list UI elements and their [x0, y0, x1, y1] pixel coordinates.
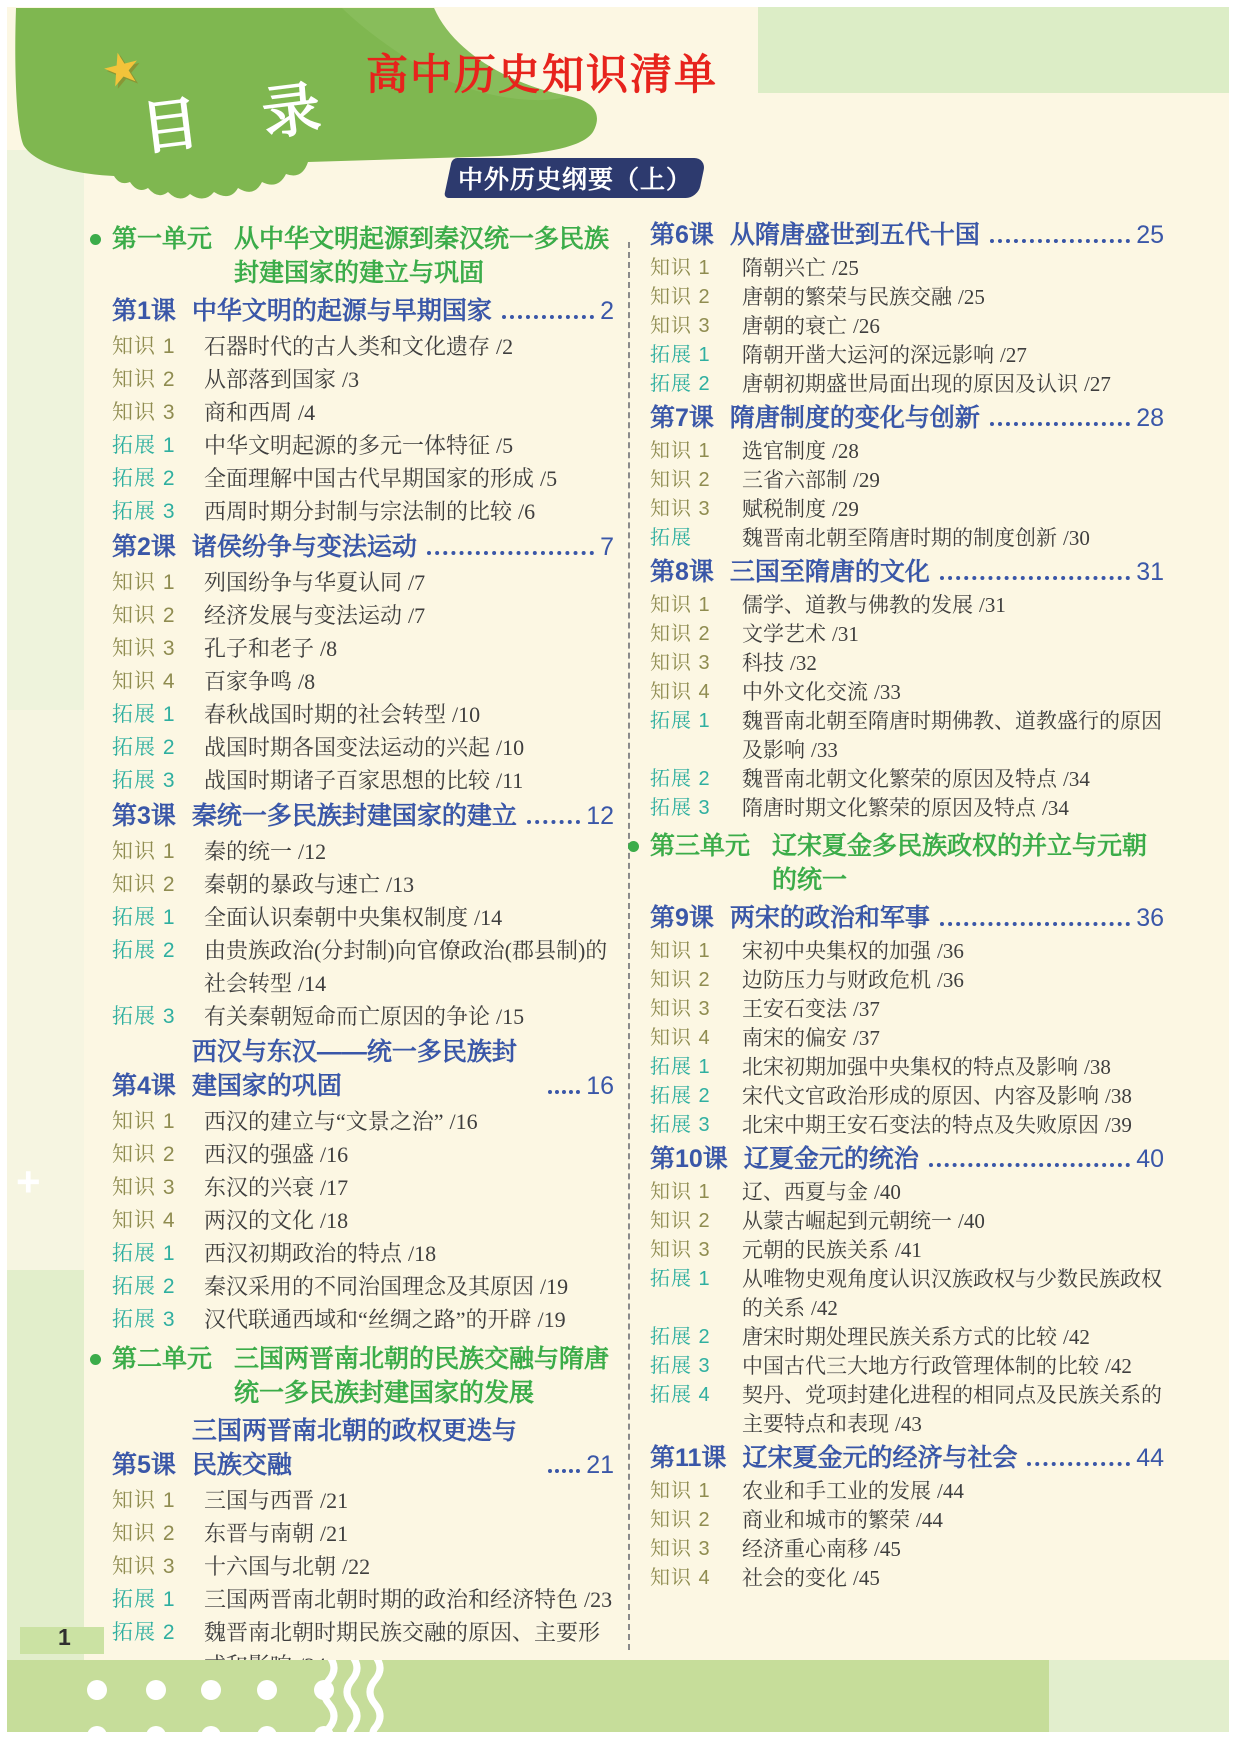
- entry-title: 秦朝的暴政与速亡/13: [204, 868, 614, 901]
- entry-page: /15: [496, 1004, 524, 1029]
- entry-label: 第3课: [112, 799, 176, 833]
- entry-title: 赋税制度/29: [742, 495, 1164, 524]
- toc-item: 知识 4社会的变化/45: [650, 1564, 1164, 1593]
- entry-page: 7: [600, 530, 614, 564]
- entry-title: 中华文明的起源与早期国家: [192, 294, 492, 328]
- toc-item: 拓展 2唐朝初期盛世局面出现的原因及认识/27: [650, 370, 1164, 399]
- toc-item: 知识 1隋朝兴亡/25: [650, 254, 1164, 283]
- entry-label: 第5课: [112, 1448, 176, 1482]
- entry-label: 知识 2: [112, 868, 204, 901]
- entry-title: 唐宋时期处理民族关系方式的比较/42: [742, 1323, 1164, 1352]
- unit-bullet-icon: [90, 1354, 101, 1365]
- entry-label: 知识 1: [112, 330, 204, 363]
- course-entry: 第2课诸侯纷争与变法运动7: [112, 530, 614, 564]
- entry-label: 拓展 1: [650, 1265, 742, 1294]
- entry-title: 三国与西晋/21: [204, 1484, 614, 1517]
- entry-label: 拓展 3: [650, 1111, 742, 1140]
- toc-item: 拓展 3北宋中期王安石变法的特点及失败原因/39: [650, 1111, 1164, 1140]
- entry-label: 知识 1: [650, 1178, 742, 1207]
- entry-label: 知识 2: [650, 283, 742, 312]
- toc-item: 知识 2秦朝的暴政与速亡/13: [112, 868, 614, 901]
- toc-item: 知识 1儒学、道教与佛教的发展/31: [650, 591, 1164, 620]
- toc-item: 拓展 1春秋战国时期的社会转型/10: [112, 698, 614, 731]
- footer-band-light: [1049, 1660, 1229, 1732]
- entry-label: 知识 4: [650, 1564, 742, 1593]
- entry-page: /45: [874, 1537, 901, 1561]
- toc-item: 知识 3经济重心南移/45: [650, 1535, 1164, 1564]
- entry-page: /36: [937, 968, 964, 992]
- toc-item: 拓展魏晋南北朝至隋唐时期的制度创新/30: [650, 524, 1164, 553]
- entry-label: 第三单元: [650, 829, 750, 863]
- entry-page: /16: [320, 1142, 348, 1167]
- toc-item: 知识 1三国与西晋/21: [112, 1484, 614, 1517]
- entry-page: /42: [1063, 1325, 1090, 1349]
- entry-label: 第4课: [112, 1069, 176, 1103]
- entry-label: 知识 3: [112, 396, 204, 429]
- toc-item: 知识 1秦的统一/12: [112, 835, 614, 868]
- entry-title: 秦统一多民族封建国家的建立: [192, 799, 517, 833]
- entry-title: 汉代联通西域和“丝绸之路”的开辟/19: [204, 1303, 614, 1336]
- entry-label: 第1课: [112, 294, 176, 328]
- entry-title: 隋朝兴亡/25: [742, 254, 1164, 283]
- entry-label: 拓展 2: [650, 1323, 742, 1352]
- entry-label: 拓展 1: [650, 341, 742, 370]
- toc-item: 知识 3王安石变法/37: [650, 995, 1164, 1024]
- toc-item: 拓展 2唐宋时期处理民族关系方式的比较/42: [650, 1323, 1164, 1352]
- toc-column-left: 第一单元从中华文明起源到秦汉统一多民族封建国家的建立与巩固第1课中华文明的起源与…: [112, 216, 614, 1682]
- course-entry: 第1课中华文明的起源与早期国家2: [112, 294, 614, 328]
- entry-page: /21: [320, 1488, 348, 1513]
- entry-page: /12: [298, 839, 326, 864]
- entry-page: 21: [586, 1448, 614, 1482]
- entry-page: /5: [496, 433, 513, 458]
- entry-page: /29: [853, 468, 880, 492]
- entry-title: 石器时代的古人类和文化遗存/2: [204, 330, 614, 363]
- entry-label: 知识 1: [650, 437, 742, 466]
- unit-entry: 第二单元三国两晋南北朝的民族交融与隋唐统一多民族封建国家的发展: [112, 1342, 614, 1410]
- toc-item: 知识 3唐朝的衰亡/26: [650, 312, 1164, 341]
- entry-label: 知识 1: [650, 937, 742, 966]
- toc-item: 知识 2边防压力与财政危机/36: [650, 966, 1164, 995]
- entry-label: 拓展 1: [112, 429, 204, 462]
- entry-label: 知识 2: [650, 1207, 742, 1236]
- course-entry: 第6课从隋唐盛世到五代十国25: [650, 218, 1164, 252]
- toc-item: 知识 1列国纷争与华夏认同/7: [112, 566, 614, 599]
- entry-page: /31: [979, 593, 1006, 617]
- entry-page: /40: [958, 1209, 985, 1233]
- plus-icon: +: [16, 1158, 41, 1206]
- entry-label: 拓展 2: [112, 731, 204, 764]
- entry-title: 中外文化交流/33: [742, 678, 1164, 707]
- entry-label: 知识 2: [112, 599, 204, 632]
- entry-page: /18: [320, 1208, 348, 1233]
- entry-page: /7: [408, 570, 425, 595]
- entry-title: 选官制度/28: [742, 437, 1164, 466]
- footer-decor: [7, 1660, 1229, 1732]
- toc-item: 拓展 2战国时期各国变法运动的兴起/10: [112, 731, 614, 764]
- entry-label: 知识 2: [112, 363, 204, 396]
- entry-title: 诸侯纷争与变法运动: [192, 530, 417, 564]
- entry-label: 知识 2: [650, 466, 742, 495]
- toc-item: 拓展 1魏晋南北朝至隋唐时期佛教、道教盛行的原因及影响/33: [650, 707, 1164, 765]
- entry-title: 隋唐制度的变化与创新: [730, 401, 980, 435]
- entry-page: /36: [937, 939, 964, 963]
- entry-title: 文学艺术/31: [742, 620, 1164, 649]
- entry-label: 知识 3: [650, 649, 742, 678]
- entry-label: 知识 1: [650, 591, 742, 620]
- entry-page: /27: [1000, 343, 1027, 367]
- left-margin-strip: [7, 150, 84, 710]
- entry-page: /2: [496, 334, 513, 359]
- entry-label: 拓展 2: [650, 370, 742, 399]
- entry-page: /45: [853, 1566, 880, 1590]
- toc-item: 知识 2三省六部制/29: [650, 466, 1164, 495]
- entry-title: 从蒙古崛起到元朝统一/40: [742, 1207, 1164, 1236]
- toc-item: 知识 1农业和手工业的发展/44: [650, 1477, 1164, 1506]
- toc-item: 拓展 1北宋初期加强中央集权的特点及影响/38: [650, 1053, 1164, 1082]
- entry-page: /10: [452, 702, 480, 727]
- entry-title: 辽宋夏金元的经济与社会: [742, 1441, 1017, 1475]
- course-entry: 第5课三国两晋南北朝的政权更迭与民族交融21: [112, 1414, 614, 1482]
- toc-item: 知识 1宋初中央集权的加强/36: [650, 937, 1164, 966]
- dot-leader: [929, 1163, 1130, 1167]
- entry-title: 宋代文官政治形成的原因、内容及影响/38: [742, 1082, 1164, 1111]
- entry-label: 拓展 3: [112, 764, 204, 797]
- entry-page: /8: [298, 669, 315, 694]
- left-margin-strip: [7, 1270, 84, 1662]
- entry-label: 知识 1: [112, 1105, 204, 1138]
- entry-page: /33: [874, 680, 901, 704]
- entry-label: 知识 3: [650, 495, 742, 524]
- page-number: 1: [58, 1624, 71, 1651]
- toc-item: 拓展 3战国时期诸子百家思想的比较/11: [112, 764, 614, 797]
- entry-label: 知识 3: [650, 1236, 742, 1265]
- entry-title: 商和西周/4: [204, 396, 614, 429]
- toc-item: 拓展 3隋唐时期文化繁荣的原因及特点/34: [650, 794, 1164, 823]
- entry-label: 知识 4: [650, 678, 742, 707]
- entry-page: /44: [937, 1479, 964, 1503]
- entry-title: 经济发展与变法运动/7: [204, 599, 614, 632]
- toc-item: 知识 2经济发展与变法运动/7: [112, 599, 614, 632]
- entry-page: /28: [832, 439, 859, 463]
- entry-label: 拓展 3: [112, 495, 204, 528]
- entry-page: /42: [811, 1296, 838, 1320]
- unit-bullet-icon: [90, 234, 101, 245]
- entry-label: 知识 1: [650, 254, 742, 283]
- entry-title: 列国纷争与华夏认同/7: [204, 566, 614, 599]
- toc-item: 拓展 2由贵族政治(分封制)向官僚政治(郡县制)的社会转型/14: [112, 934, 614, 1000]
- entry-page: /27: [1084, 372, 1111, 396]
- entry-page: /23: [584, 1587, 612, 1612]
- entry-title: 科技/32: [742, 649, 1164, 678]
- entry-page: /41: [895, 1238, 922, 1262]
- dot-leader: [990, 239, 1130, 243]
- entry-page: /17: [320, 1175, 348, 1200]
- toc-item: 拓展 1全面认识秦朝中央集权制度/14: [112, 901, 614, 934]
- entry-title: 辽宋夏金多民族政权的并立与元朝的统一: [772, 829, 1164, 897]
- toc-item: 知识 1选官制度/28: [650, 437, 1164, 466]
- entry-page: 40: [1136, 1142, 1164, 1176]
- entry-label: 拓展 2: [112, 462, 204, 495]
- dot-leader: [527, 820, 580, 824]
- entry-label: 知识 2: [650, 966, 742, 995]
- entry-title: 辽、西夏与金/40: [742, 1178, 1164, 1207]
- entry-page: /26: [853, 314, 880, 338]
- toc-item: 知识 3赋税制度/29: [650, 495, 1164, 524]
- dot-leader: [940, 922, 1130, 926]
- course-entry: 第9课两宋的政治和军事36: [650, 901, 1164, 935]
- toc-item: 知识 3商和西周/4: [112, 396, 614, 429]
- entry-title: 西汉的建立与“文景之治”/16: [204, 1105, 614, 1138]
- entry-page: /38: [1084, 1055, 1111, 1079]
- toc-item: 拓展 3西周时期分封制与宗法制的比较/6: [112, 495, 614, 528]
- entry-label: 拓展 2: [112, 934, 204, 967]
- series-banner: 中外历史纲要（上）: [444, 158, 707, 198]
- entry-title: 经济重心南移/45: [742, 1535, 1164, 1564]
- entry-title: 三国两晋南北朝的政权更迭与民族交融: [192, 1414, 538, 1482]
- entry-page: /4: [298, 400, 315, 425]
- entry-page: /16: [450, 1109, 478, 1134]
- entry-page: 31: [1136, 555, 1164, 589]
- entry-page: /19: [540, 1274, 568, 1299]
- entry-label: 拓展: [650, 524, 742, 553]
- entry-title: 北宋初期加强中央集权的特点及影响/38: [742, 1053, 1164, 1082]
- entry-label: 第9课: [650, 901, 714, 935]
- entry-title: 秦汉采用的不同治国理念及其原因/19: [204, 1270, 614, 1303]
- toc-item: 知识 1辽、西夏与金/40: [650, 1178, 1164, 1207]
- entry-label: 拓展 4: [650, 1381, 742, 1410]
- entry-label: 拓展 2: [112, 1270, 204, 1303]
- unit-bullet-icon: [628, 841, 639, 852]
- toc-item: 知识 3孔子和老子/8: [112, 632, 614, 665]
- entry-page: 25: [1136, 218, 1164, 252]
- toc-item: 拓展 2魏晋南北朝文化繁荣的原因及特点/34: [650, 765, 1164, 794]
- entry-page: /18: [408, 1241, 436, 1266]
- entry-label: 知识 4: [650, 1024, 742, 1053]
- entry-label: 第2课: [112, 530, 176, 564]
- entry-page: /32: [790, 651, 817, 675]
- entry-label: 知识 2: [650, 620, 742, 649]
- course-entry: 第3课秦统一多民族封建国家的建立12: [112, 799, 614, 833]
- entry-title: 十六国与北朝/22: [204, 1550, 614, 1583]
- entry-title: 东晋与南朝/21: [204, 1517, 614, 1550]
- book-title: 高中历史知识清单: [366, 42, 718, 102]
- entry-page: /34: [1063, 767, 1090, 791]
- entry-title: 三国两晋南北朝的民族交融与隋唐统一多民族封建国家的发展: [234, 1342, 614, 1410]
- entry-label: 拓展 1: [112, 1583, 204, 1616]
- entry-page: /30: [1063, 526, 1090, 550]
- course-entry: 第4课西汉与东汉——统一多民族封建国家的巩固16: [112, 1035, 614, 1103]
- entry-title: 百家争鸣/8: [204, 665, 614, 698]
- entry-label: 拓展 2: [650, 765, 742, 794]
- toc-item: 拓展 1中华文明起源的多元一体特征/5: [112, 429, 614, 462]
- entry-page: 36: [1136, 901, 1164, 935]
- toc-item: 拓展 1隋朝开凿大运河的深远影响/27: [650, 341, 1164, 370]
- entry-label: 知识 3: [112, 1171, 204, 1204]
- toc-item: 知识 2西汉的强盛/16: [112, 1138, 614, 1171]
- entry-title: 中国古代三大地方行政管理体制的比较/42: [742, 1352, 1164, 1381]
- entry-page: /37: [853, 1026, 880, 1050]
- entry-title: 东汉的兴衰/17: [204, 1171, 614, 1204]
- entry-title: 隋唐时期文化繁荣的原因及特点/34: [742, 794, 1164, 823]
- entry-title: 儒学、道教与佛教的发展/31: [742, 591, 1164, 620]
- entry-title: 魏晋南北朝至隋唐时期的制度创新/30: [742, 524, 1164, 553]
- toc-item: 知识 2商业和城市的繁荣/44: [650, 1506, 1164, 1535]
- entry-title: 由贵族政治(分封制)向官僚政治(郡县制)的社会转型/14: [204, 934, 614, 1000]
- entry-title: 边防压力与财政危机/36: [742, 966, 1164, 995]
- entry-label: 知识 3: [650, 1535, 742, 1564]
- entry-title: 魏晋南北朝文化繁荣的原因及特点/34: [742, 765, 1164, 794]
- unit-entry: 第一单元从中华文明起源到秦汉统一多民族封建国家的建立与巩固: [112, 222, 614, 290]
- entry-label: 拓展 1: [112, 1237, 204, 1270]
- entry-title: 西汉的强盛/16: [204, 1138, 614, 1171]
- entry-title: 两宋的政治和军事: [730, 901, 930, 935]
- entry-title: 社会的变化/45: [742, 1564, 1164, 1593]
- course-entry: 第10课辽夏金元的统治40: [650, 1142, 1164, 1176]
- entry-page: /25: [832, 256, 859, 280]
- entry-page: /19: [538, 1307, 566, 1332]
- entry-title: 西汉与东汉——统一多民族封建国家的巩固: [192, 1035, 538, 1103]
- entry-title: 春秋战国时期的社会转型/10: [204, 698, 614, 731]
- toc-item: 知识 2唐朝的繁荣与民族交融/25: [650, 283, 1164, 312]
- dot-leader: [502, 315, 594, 319]
- toc-item: 知识 2从蒙古崛起到元朝统一/40: [650, 1207, 1164, 1236]
- entry-label: 知识 3: [112, 632, 204, 665]
- entry-page: /44: [916, 1508, 943, 1532]
- entry-label: 知识 3: [650, 995, 742, 1024]
- course-entry: 第8课三国至隋唐的文化31: [650, 555, 1164, 589]
- toc-item: 拓展 2宋代文官政治形成的原因、内容及影响/38: [650, 1082, 1164, 1111]
- dot-leader: [548, 1090, 580, 1094]
- toc-item: 知识 2东晋与南朝/21: [112, 1517, 614, 1550]
- entry-label: 知识 1: [112, 835, 204, 868]
- entry-page: /3: [342, 367, 359, 392]
- entry-title: 契丹、党项封建化进程的相同点及民族关系的主要特点和表现/43: [742, 1381, 1164, 1439]
- entry-title: 三国至隋唐的文化: [730, 555, 930, 589]
- entry-title: 孔子和老子/8: [204, 632, 614, 665]
- entry-label: 拓展 1: [112, 901, 204, 934]
- toc-item: 拓展 1从唯物史观角度认识汉族政权与少数民族政权的关系/42: [650, 1265, 1164, 1323]
- entry-title: 王安石变法/37: [742, 995, 1164, 1024]
- unit-entry: 第三单元辽宋夏金多民族政权的并立与元朝的统一: [650, 829, 1164, 897]
- entry-page: /21: [320, 1521, 348, 1546]
- toc-item: 拓展 2秦汉采用的不同治国理念及其原因/19: [112, 1270, 614, 1303]
- entry-title: 有关秦朝短命而亡原因的争论/15: [204, 1000, 614, 1033]
- entry-title: 三省六部制/29: [742, 466, 1164, 495]
- entry-title: 商业和城市的繁荣/44: [742, 1506, 1164, 1535]
- toc-item: 知识 1西汉的建立与“文景之治”/16: [112, 1105, 614, 1138]
- entry-title: 全面理解中国古代早期国家的形成/5: [204, 462, 614, 495]
- toc-item: 知识 1石器时代的古人类和文化遗存/2: [112, 330, 614, 363]
- toc-item: 知识 3东汉的兴衰/17: [112, 1171, 614, 1204]
- entry-label: 拓展 1: [112, 698, 204, 731]
- toc-item: 拓展 1三国两晋南北朝时期的政治和经济特色/23: [112, 1583, 614, 1616]
- entry-label: 拓展 1: [650, 1053, 742, 1082]
- entry-page: 2: [600, 294, 614, 328]
- entry-page: /6: [518, 499, 535, 524]
- entry-page: 28: [1136, 401, 1164, 435]
- toc-item: 知识 3十六国与北朝/22: [112, 1550, 614, 1583]
- entry-title: 两汉的文化/18: [204, 1204, 614, 1237]
- dot-leader: [990, 422, 1130, 426]
- entry-label: 第8课: [650, 555, 714, 589]
- entry-title: 从隋唐盛世到五代十国: [730, 218, 980, 252]
- entry-label: 拓展 3: [650, 1352, 742, 1381]
- entry-title: 唐朝的繁荣与民族交融/25: [742, 283, 1164, 312]
- entry-label: 知识 3: [112, 1550, 204, 1583]
- toc-item: 知识 4中外文化交流/33: [650, 678, 1164, 707]
- toc-item: 知识 4两汉的文化/18: [112, 1204, 614, 1237]
- dot-leader: [1027, 1462, 1130, 1466]
- entry-page: /34: [1042, 796, 1069, 820]
- page-root: { "header": { "book_title": "高中历史知识清单", …: [0, 0, 1236, 1739]
- entry-page: /31: [832, 622, 859, 646]
- entry-title: 魏晋南北朝至隋唐时期佛教、道教盛行的原因及影响/33: [742, 707, 1164, 765]
- entry-label: 拓展 3: [650, 794, 742, 823]
- entry-title: 战国时期诸子百家思想的比较/11: [204, 764, 614, 797]
- entry-label: 第7课: [650, 401, 714, 435]
- entry-page: /43: [895, 1412, 922, 1436]
- toc-item: 知识 2文学艺术/31: [650, 620, 1164, 649]
- entry-label: 第10课: [650, 1142, 728, 1176]
- entry-page: /13: [386, 872, 414, 897]
- entry-label: 知识 2: [650, 1506, 742, 1535]
- entry-title: 战国时期各国变法运动的兴起/10: [204, 731, 614, 764]
- entry-label: 知识 3: [650, 312, 742, 341]
- entry-page: /37: [853, 997, 880, 1021]
- toc-item: 拓展 4契丹、党项封建化进程的相同点及民族关系的主要特点和表现/43: [650, 1381, 1164, 1439]
- entry-title: 西汉初期政治的特点/18: [204, 1237, 614, 1270]
- footer-band: [7, 1660, 1229, 1732]
- entry-title: 隋朝开凿大运河的深远影响/27: [742, 341, 1164, 370]
- top-accent-band: [758, 7, 1229, 93]
- entry-title: 从部落到国家/3: [204, 363, 614, 396]
- toc-item: 拓展 3有关秦朝短命而亡原因的争论/15: [112, 1000, 614, 1033]
- entry-title: 从唯物史观角度认识汉族政权与少数民族政权的关系/42: [742, 1265, 1164, 1323]
- column-divider: [628, 242, 630, 1650]
- entry-page: /42: [1105, 1354, 1132, 1378]
- entry-label: 知识 1: [112, 566, 204, 599]
- entry-label: 知识 2: [112, 1138, 204, 1171]
- entry-page: 44: [1136, 1441, 1164, 1475]
- entry-page: /33: [811, 738, 838, 762]
- entry-page: /14: [298, 971, 326, 996]
- course-entry: 第7课隋唐制度的变化与创新28: [650, 401, 1164, 435]
- toc-item: 拓展 3中国古代三大地方行政管理体制的比较/42: [650, 1352, 1164, 1381]
- entry-title: 西周时期分封制与宗法制的比较/6: [204, 495, 614, 528]
- entry-page: /10: [496, 735, 524, 760]
- toc-item: 知识 3科技/32: [650, 649, 1164, 678]
- toc-item: 拓展 1西汉初期政治的特点/18: [112, 1237, 614, 1270]
- entry-title: 南宋的偏安/37: [742, 1024, 1164, 1053]
- entry-title: 唐朝的衰亡/26: [742, 312, 1164, 341]
- entry-page: /38: [1105, 1084, 1132, 1108]
- entry-title: 三国两晋南北朝时期的政治和经济特色/23: [204, 1583, 614, 1616]
- entry-page: /40: [874, 1180, 901, 1204]
- entry-label: 拓展 3: [112, 1303, 204, 1336]
- toc-column-right: 第6课从隋唐盛世到五代十国25知识 1隋朝兴亡/25知识 2唐朝的繁荣与民族交融…: [650, 216, 1164, 1593]
- entry-label: 知识 1: [650, 1477, 742, 1506]
- entry-title: 中华文明起源的多元一体特征/5: [204, 429, 614, 462]
- toc-item: 知识 2从部落到国家/3: [112, 363, 614, 396]
- entry-label: 第一单元: [112, 222, 212, 256]
- toc-item: 知识 4南宋的偏安/37: [650, 1024, 1164, 1053]
- dot-leader: [427, 551, 594, 555]
- entry-label: 知识 4: [112, 665, 204, 698]
- entry-page: /11: [496, 768, 523, 793]
- entry-page: /8: [320, 636, 337, 661]
- entry-page: /39: [1105, 1113, 1132, 1137]
